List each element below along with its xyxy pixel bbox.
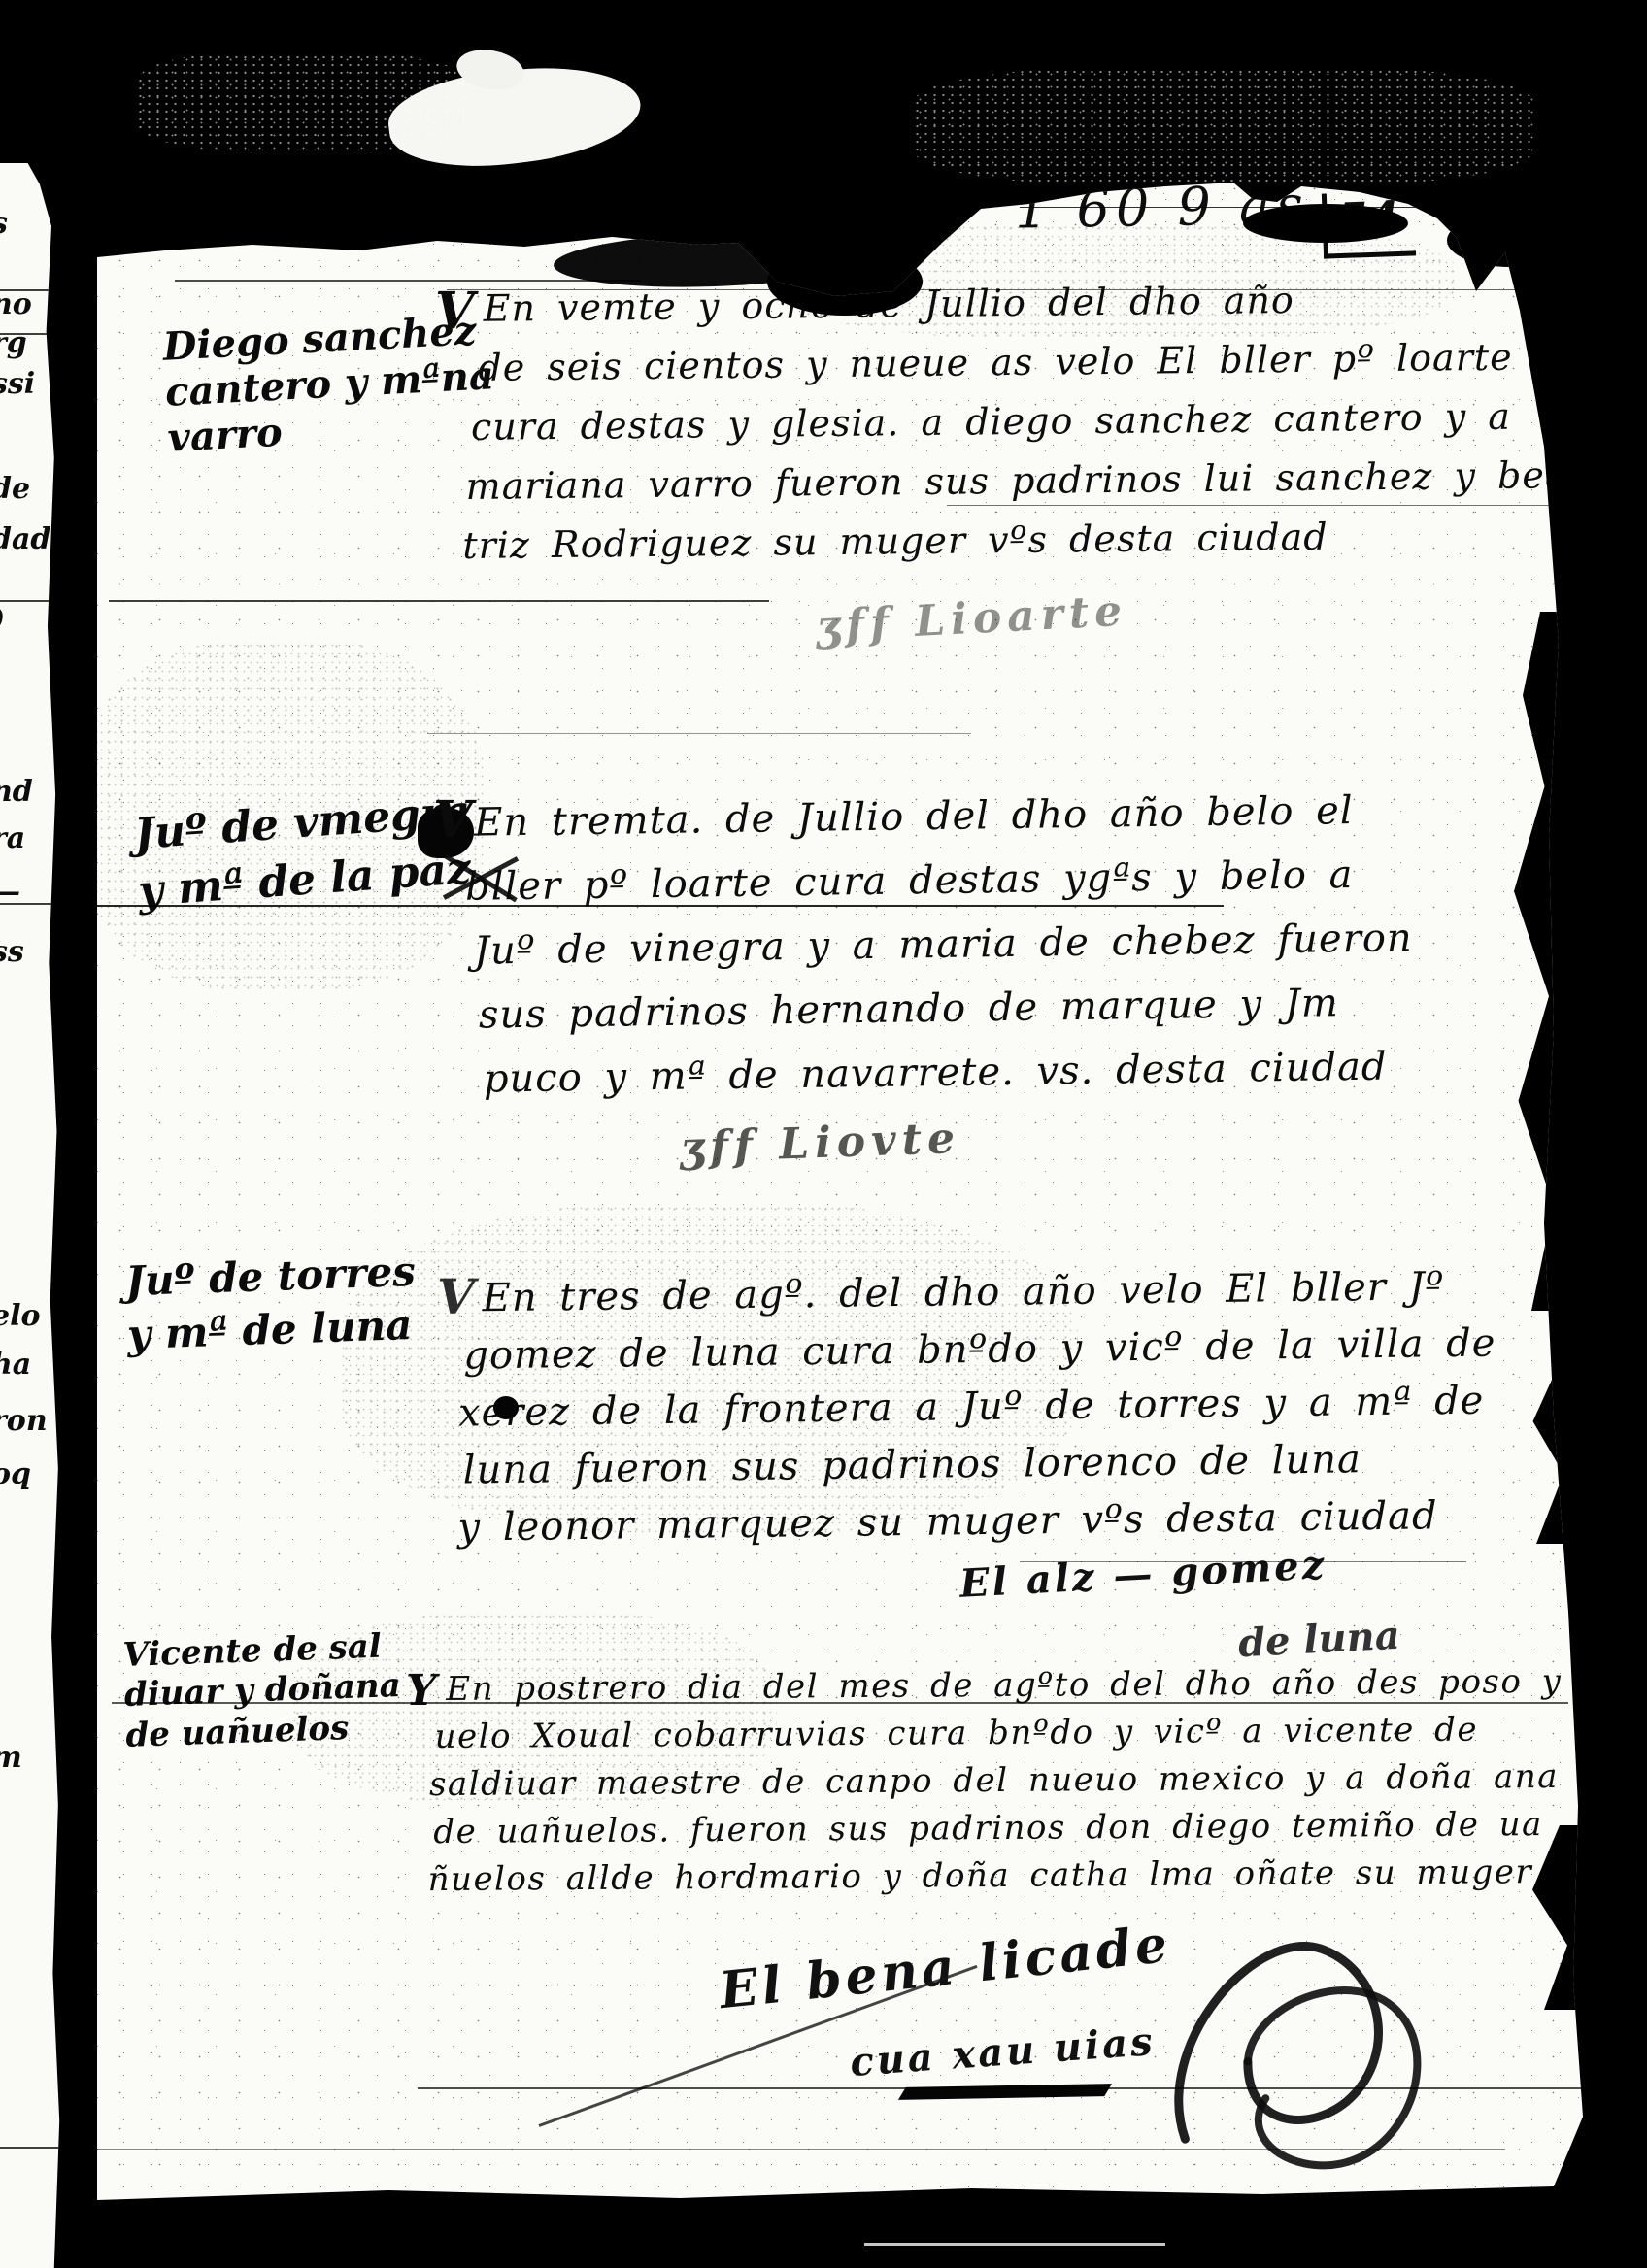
ink-blot bbox=[493, 1396, 519, 1419]
entry-text-line: triz Rodriguez su muger vºs desta ciudad bbox=[462, 505, 1568, 576]
entry-margin-names: Vicente de sal diuar y doñana de uañuelo… bbox=[122, 1626, 403, 1756]
page-edge-text-fragment: ha bbox=[0, 1348, 31, 1382]
torn-edge-smudge bbox=[553, 227, 875, 291]
ruled-line-artifact bbox=[0, 289, 66, 291]
scan-artifact-line bbox=[447, 289, 1641, 290]
manuscript-page: Jullio + 1 60 9 as 54 Diego sanchez cant… bbox=[97, 58, 1612, 2223]
torn-edge-smudge bbox=[1447, 214, 1573, 267]
entry-margin-names: Juº de torres y mª de luna bbox=[124, 1246, 418, 1362]
entry-text-line: uelo Xoual cobarruvias cura bnºdo y vicº… bbox=[435, 1706, 1563, 1761]
scan-artifact-line bbox=[864, 2243, 1165, 2246]
torn-edge-smudge bbox=[767, 248, 923, 316]
page-edge-text-fragment: no bbox=[0, 287, 32, 321]
ink-smear bbox=[898, 2084, 1112, 2100]
entry-text: En tres de agº. del dho año velo El blle… bbox=[466, 1258, 1498, 1557]
ruled-line-artifact bbox=[0, 903, 66, 905]
right-edge-stain bbox=[1523, 1369, 1591, 1544]
page-edge-text-fragment: ssi bbox=[0, 367, 35, 401]
priest-signature: ʒff Lioarte bbox=[815, 586, 1128, 652]
page-edge-text-fragment: oq bbox=[0, 1457, 31, 1491]
page-edge-text-fragment: ) bbox=[0, 602, 5, 636]
scan-artifact-line bbox=[97, 2149, 1505, 2150]
officiant-signature: cua xau uias bbox=[849, 2018, 1157, 2085]
margin-name-line: y mª de luna bbox=[126, 1298, 419, 1361]
page-edge-text-fragment: ron bbox=[0, 1404, 48, 1438]
page-edge-text-fragment: elo bbox=[0, 1299, 41, 1333]
page-edge-text-fragment: ss bbox=[0, 935, 24, 969]
margin-name-line: de uañuelos bbox=[125, 1707, 403, 1756]
scan-artifact-line bbox=[112, 1702, 1568, 1704]
ruled-line-artifact bbox=[0, 333, 66, 335]
document-scan: { "document_type": "handwritten parish r… bbox=[0, 0, 1647, 2268]
entry-text-line: y leonor marquez su muger vºs desta ciud… bbox=[457, 1487, 1498, 1557]
margin-name-line: Juº de torres bbox=[124, 1246, 417, 1309]
priest-signature: El alz — gomez bbox=[958, 1542, 1328, 1607]
header-month: Jullio bbox=[172, 183, 325, 241]
entry-text-line: saldiuar maestre de canpo del nueuo mexi… bbox=[429, 1753, 1563, 1809]
header-cross-mark: + bbox=[718, 164, 796, 243]
scan-artifact-line bbox=[97, 905, 1224, 907]
scan-artifact-line bbox=[947, 505, 1607, 506]
entry-text-line: puco y mª de navarrete. vs. desta ciudad bbox=[483, 1034, 1414, 1111]
officiant-signature: El bena licade bbox=[717, 1915, 1174, 2020]
page-edge-text-fragment: ra bbox=[0, 821, 25, 855]
priest-signature: ʒff Liovte bbox=[679, 1114, 961, 1173]
page-edge-text-fragment: rg bbox=[0, 326, 27, 360]
right-edge-stain bbox=[1505, 612, 1593, 1311]
scan-artifact-line bbox=[1020, 1561, 1466, 1562]
entry-paragraph-mark: Y bbox=[406, 1666, 436, 1716]
page-edge-text-fragment: dad bbox=[0, 522, 50, 556]
entry-text: En vemte y ocho de Jullio del dho año de… bbox=[469, 268, 1568, 576]
scan-artifact-line bbox=[175, 280, 641, 282]
ruled-line-artifact bbox=[0, 600, 66, 602]
page-edge-text-fragment: m bbox=[0, 1741, 22, 1775]
previous-page-edge: s no rg ssi de dad ) nd ra — ss elo ha r… bbox=[0, 163, 66, 2268]
torn-edge-smudge bbox=[155, 175, 408, 196]
priest-signature: de luna bbox=[1237, 1613, 1401, 1667]
entry-paragraph-mark: V bbox=[435, 282, 474, 341]
rubric-flourish bbox=[1126, 1887, 1486, 2230]
scan-artifact-line bbox=[109, 600, 769, 602]
entry-text: En postrero dia del mes de agºto del dho… bbox=[434, 1658, 1563, 1904]
page-edge-text-fragment: s bbox=[0, 207, 8, 241]
ruled-line-artifact bbox=[0, 2147, 66, 2149]
scan-artifact-line bbox=[418, 2087, 1612, 2089]
scan-noise bbox=[913, 68, 1534, 184]
entry-text-line: de uañuelos. fueron sus padrinos don die… bbox=[433, 1801, 1563, 1856]
page-edge-text-fragment: de bbox=[0, 472, 30, 506]
page-edge-text-fragment: nd bbox=[0, 775, 33, 809]
entry-text: En tremta. de Jullio del dho año belo el… bbox=[464, 778, 1415, 1112]
scan-artifact-line bbox=[427, 733, 971, 734]
entry-text-line: mariana varro fueron sus padrinos lui sa… bbox=[465, 446, 1567, 517]
entry-text-line: En postrero dia del mes de agºto del dho… bbox=[446, 1658, 1562, 1714]
torn-edge-smudge bbox=[1243, 204, 1408, 243]
